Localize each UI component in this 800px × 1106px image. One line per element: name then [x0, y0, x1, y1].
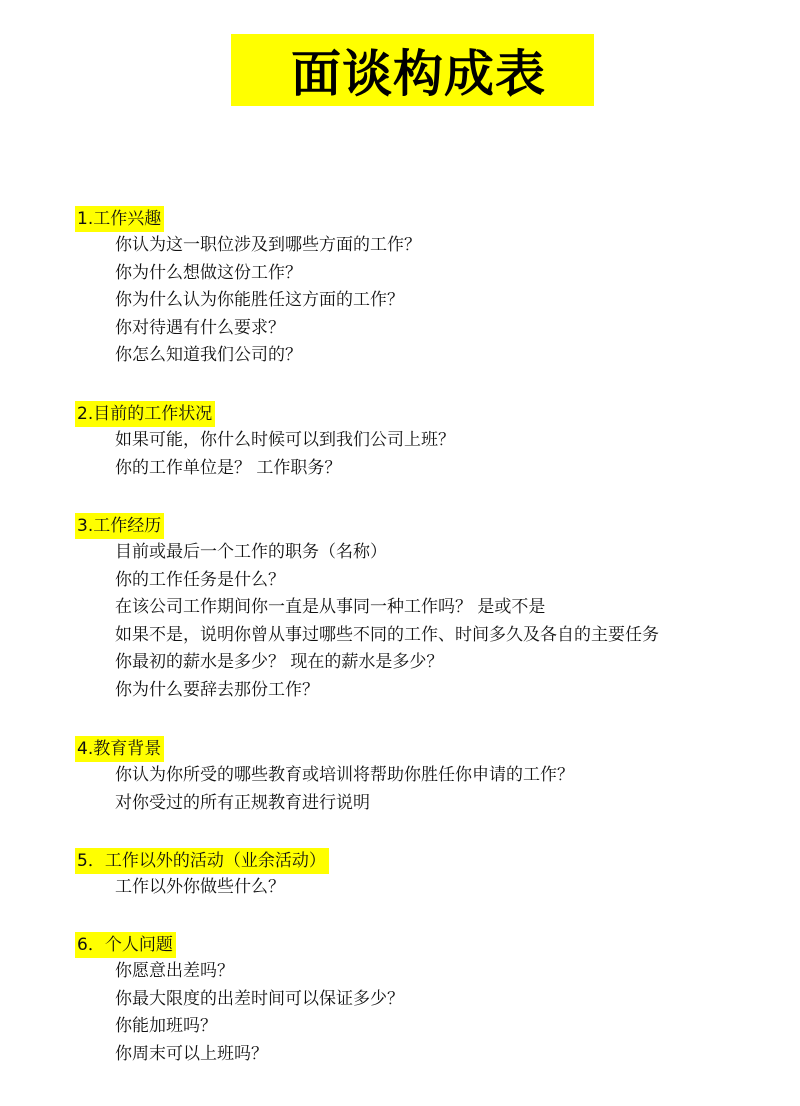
question-item: 在该公司工作期间你一直是从事同一种工作吗？ 是或不是 [115, 594, 659, 622]
question-item: 如果可能，你什么时候可以到我们公司上班？ [115, 427, 455, 455]
section-work-interest: 1.工作兴趣 你认为这一职位涉及到哪些方面的工作？ 你为什么想做这份工作？ 你为… [75, 206, 421, 370]
question-item: 工作以外你做些什么？ [115, 874, 329, 902]
question-item: 你周末可以上班吗？ [115, 1041, 404, 1069]
question-item: 你最初的薪水是多少？ 现在的薪水是多少？ [115, 649, 659, 677]
question-item: 你认为你所受的哪些教育或培训将帮助你胜任你申请的工作？ [115, 762, 574, 790]
question-item: 你的工作任务是什么？ [115, 567, 659, 595]
question-list: 你认为你所受的哪些教育或培训将帮助你胜任你申请的工作？ 对你受过的所有正规教育进… [75, 762, 574, 817]
question-item: 你为什么想做这份工作？ [115, 260, 421, 288]
question-item: 你怎么知道我们公司的？ [115, 342, 421, 370]
section-work-experience: 3.工作经历 目前或最后一个工作的职务（名称） 你的工作任务是什么？ 在该公司工… [75, 513, 659, 704]
section-heading: 2.目前的工作状况 [75, 401, 215, 427]
section-heading: 4.教育背景 [75, 736, 164, 762]
document-title-banner: 面谈构成表 [231, 34, 594, 106]
section-heading: 5．工作以外的活动（业余活动） [75, 848, 329, 874]
section-heading: 1.工作兴趣 [75, 206, 164, 232]
question-list: 如果可能，你什么时候可以到我们公司上班？ 你的工作单位是？ 工作职务？ [75, 427, 455, 482]
document-title: 面谈构成表 [279, 34, 546, 106]
section-current-work-status: 2.目前的工作状况 如果可能，你什么时候可以到我们公司上班？ 你的工作单位是？ … [75, 401, 455, 482]
section-education-background: 4.教育背景 你认为你所受的哪些教育或培训将帮助你胜任你申请的工作？ 对你受过的… [75, 736, 574, 817]
question-item: 你愿意出差吗？ [115, 958, 404, 986]
question-item: 你能加班吗？ [115, 1013, 404, 1041]
question-item: 你最大限度的出差时间可以保证多少？ [115, 986, 404, 1014]
section-extracurricular-activities: 5．工作以外的活动（业余活动） 工作以外你做些什么？ [75, 848, 329, 902]
question-item: 对你受过的所有正规教育进行说明 [115, 790, 574, 818]
question-list: 你愿意出差吗？ 你最大限度的出差时间可以保证多少？ 你能加班吗？ 你周末可以上班… [75, 958, 404, 1068]
section-heading: 6．个人问题 [75, 932, 176, 958]
question-item: 如果不是，说明你曾从事过哪些不同的工作、时间多久及各自的主要任务 [115, 622, 659, 650]
question-list: 工作以外你做些什么？ [75, 874, 329, 902]
question-item: 你认为这一职位涉及到哪些方面的工作？ [115, 232, 421, 260]
question-list: 你认为这一职位涉及到哪些方面的工作？ 你为什么想做这份工作？ 你为什么认为你能胜… [75, 232, 421, 370]
question-item: 目前或最后一个工作的职务（名称） [115, 539, 659, 567]
question-item: 你的工作单位是？ 工作职务？ [115, 455, 455, 483]
question-item: 你为什么认为你能胜任这方面的工作？ [115, 287, 421, 315]
question-item: 你为什么要辞去那份工作？ [115, 677, 659, 705]
section-personal-questions: 6．个人问题 你愿意出差吗？ 你最大限度的出差时间可以保证多少？ 你能加班吗？ … [75, 932, 404, 1068]
question-item: 你对待遇有什么要求？ [115, 315, 421, 343]
section-heading: 3.工作经历 [75, 513, 164, 539]
question-list: 目前或最后一个工作的职务（名称） 你的工作任务是什么？ 在该公司工作期间你一直是… [75, 539, 659, 704]
